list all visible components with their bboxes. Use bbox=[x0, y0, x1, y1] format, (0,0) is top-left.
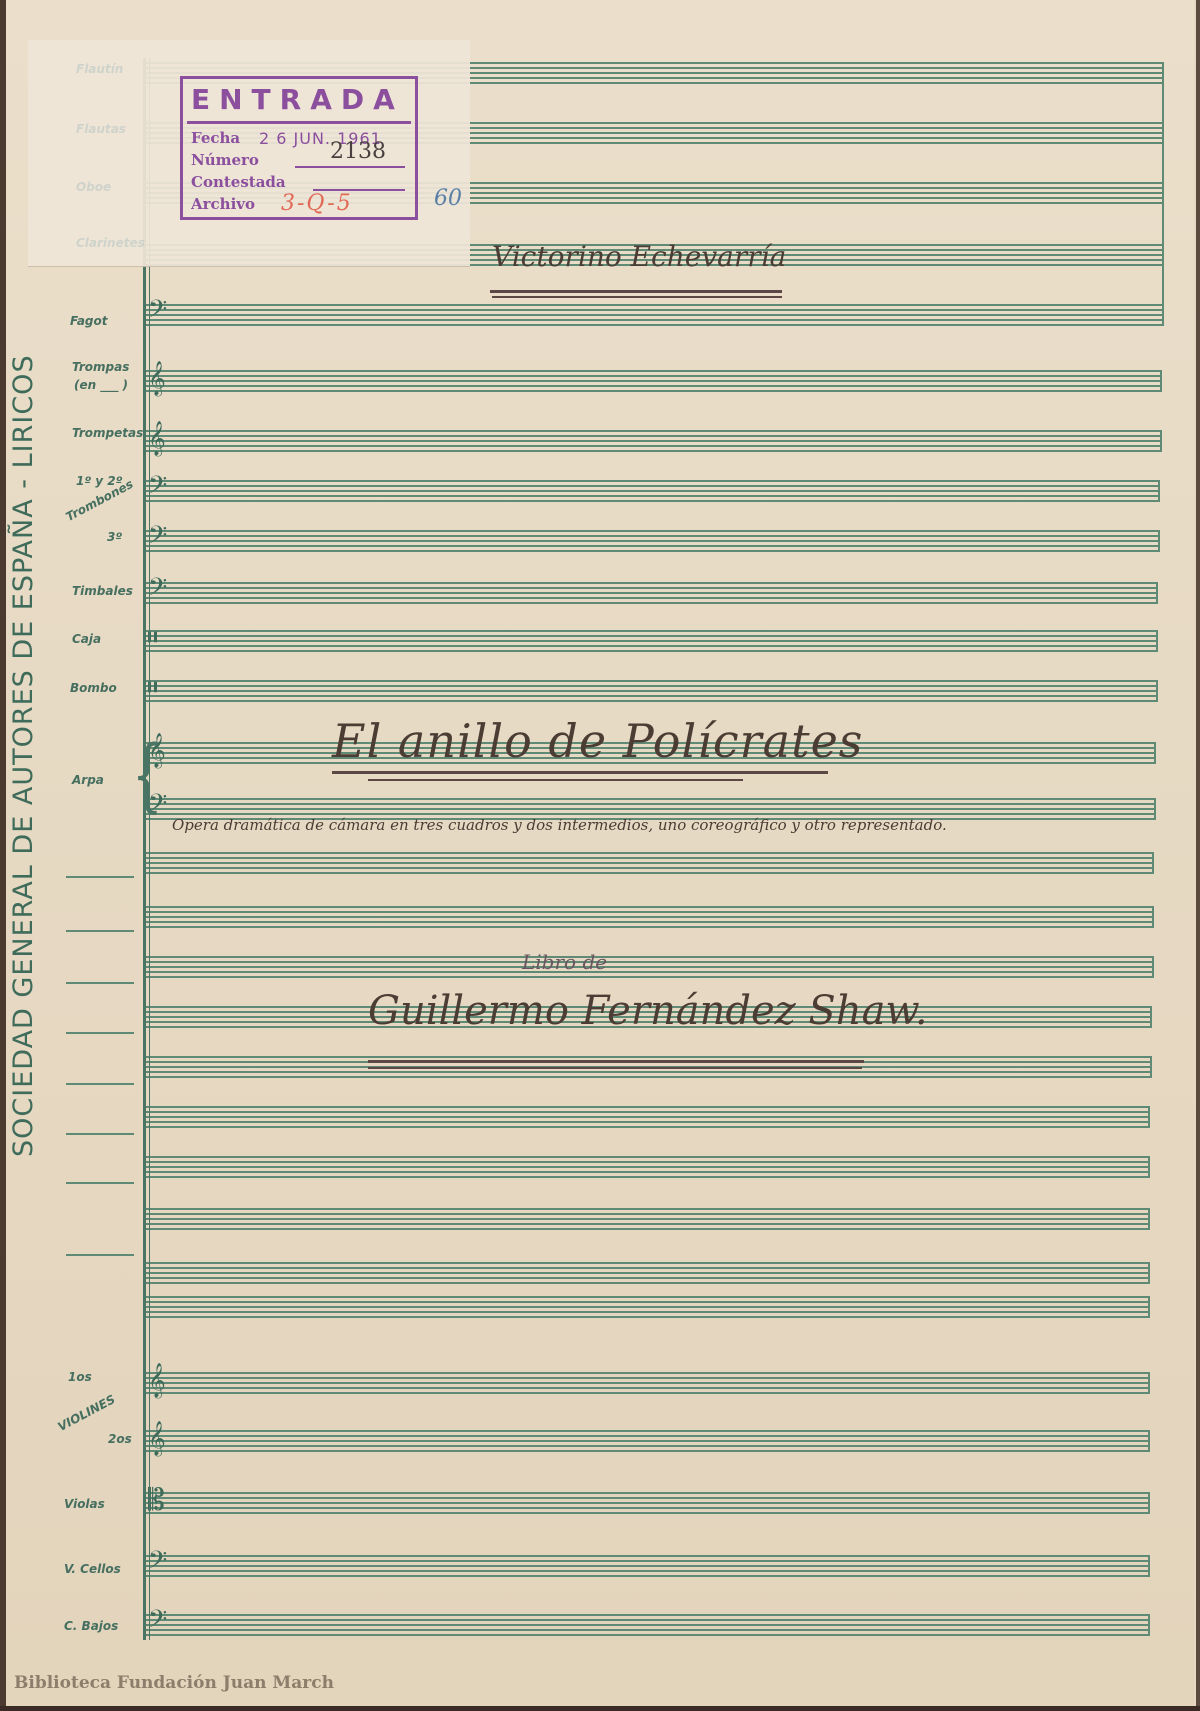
page-edge-left bbox=[0, 0, 6, 1711]
staff-line bbox=[146, 1560, 1150, 1562]
work-title: El anillo de Polícrates bbox=[332, 714, 863, 768]
staff-line bbox=[146, 1629, 1150, 1631]
staff-line bbox=[146, 956, 1154, 958]
instrument-label: Arpa bbox=[72, 773, 104, 787]
instrument-label: (en ___ ) bbox=[74, 378, 128, 392]
title-underline bbox=[332, 771, 828, 774]
staff-line bbox=[146, 314, 1164, 316]
staff-line bbox=[146, 1262, 1150, 1264]
staff-line bbox=[146, 1161, 1150, 1163]
staff-line bbox=[146, 966, 1154, 968]
staff-line bbox=[146, 324, 1164, 326]
staff-line bbox=[146, 640, 1158, 642]
staff-line bbox=[146, 1570, 1150, 1572]
staff-line bbox=[146, 390, 1162, 392]
librettist-underline bbox=[368, 1060, 864, 1063]
covered-label: Flautín bbox=[76, 62, 123, 76]
instrument-label: C. Bajos bbox=[64, 1619, 118, 1633]
clef-icon: 𝄢 bbox=[148, 1549, 167, 1579]
staff-line bbox=[146, 906, 1154, 908]
staff bbox=[146, 304, 1164, 326]
stamp-numero-value: 2138 bbox=[330, 139, 386, 164]
staff-line bbox=[146, 309, 1164, 311]
staff bbox=[146, 370, 1162, 392]
staff-line bbox=[146, 1106, 1150, 1108]
blank-instrument-line bbox=[66, 982, 134, 984]
title-underline bbox=[368, 779, 743, 781]
staff-line bbox=[146, 440, 1162, 442]
staff-line bbox=[146, 1430, 1150, 1432]
staff bbox=[146, 630, 1158, 652]
staff-line bbox=[146, 680, 1158, 682]
staff-line bbox=[146, 592, 1158, 594]
staff-line bbox=[146, 1316, 1150, 1318]
staff bbox=[146, 852, 1154, 874]
composer-underline bbox=[490, 290, 782, 293]
staff bbox=[146, 582, 1158, 604]
staff-end-barline bbox=[1156, 582, 1158, 604]
page-edge-bottom bbox=[0, 1706, 1200, 1711]
staff-line bbox=[146, 450, 1162, 452]
staff-end-barline bbox=[1158, 530, 1160, 552]
stamp-title: ENTRADA bbox=[191, 83, 404, 116]
clef-icon: 𝄞 bbox=[148, 1366, 166, 1396]
clef-icon: 𝄞 bbox=[148, 364, 166, 394]
staff-line bbox=[146, 916, 1154, 918]
staff-line bbox=[146, 370, 1162, 372]
staff bbox=[146, 430, 1162, 452]
staff-line bbox=[146, 1121, 1150, 1123]
staff-line bbox=[146, 540, 1160, 542]
stamp-contestada-label: Contestada bbox=[191, 173, 286, 191]
staff-line bbox=[146, 1311, 1150, 1313]
staff-line bbox=[146, 1282, 1150, 1284]
staff-line bbox=[146, 862, 1154, 864]
blank-instrument-line bbox=[66, 1182, 134, 1184]
composer-underline bbox=[492, 296, 782, 298]
staff-line bbox=[146, 635, 1158, 637]
staff bbox=[146, 1296, 1150, 1318]
staff-line bbox=[146, 1507, 1150, 1509]
staff-line bbox=[146, 1450, 1150, 1452]
staff-line bbox=[146, 380, 1162, 382]
blank-instrument-line bbox=[66, 876, 134, 878]
staff-line bbox=[146, 645, 1158, 647]
staff-line bbox=[146, 1296, 1150, 1298]
staff-line bbox=[146, 1171, 1150, 1173]
staff-line bbox=[146, 582, 1158, 584]
staff-line bbox=[146, 1056, 1152, 1058]
staff-line bbox=[146, 1223, 1150, 1225]
entrada-stamp: ENTRADA Fecha 2 6 JUN. 1961 Número 2138 … bbox=[180, 76, 418, 220]
staff-line bbox=[146, 1382, 1150, 1384]
covered-label: Clarinetes bbox=[76, 236, 145, 250]
staff-line bbox=[146, 1387, 1150, 1389]
staff-end-barline bbox=[1148, 1208, 1150, 1230]
staff-line bbox=[146, 1440, 1150, 1442]
staff-line bbox=[146, 1306, 1150, 1308]
staff-line bbox=[146, 1619, 1150, 1621]
staff-line bbox=[146, 630, 1158, 632]
staff-line bbox=[146, 1512, 1150, 1514]
staff-line bbox=[146, 1614, 1150, 1616]
staff-line bbox=[146, 587, 1158, 589]
staff-line bbox=[146, 921, 1154, 923]
clef-icon: 𝄢 bbox=[148, 576, 167, 606]
staff-line bbox=[146, 685, 1158, 687]
staff-line bbox=[146, 430, 1162, 432]
staff-line bbox=[146, 485, 1160, 487]
staff bbox=[146, 1262, 1150, 1284]
staff-line bbox=[146, 550, 1160, 552]
staff-line bbox=[146, 1555, 1150, 1557]
staff-line bbox=[146, 1176, 1150, 1178]
covered-label: Flautas bbox=[76, 122, 126, 136]
staff-end-barline bbox=[1152, 956, 1154, 978]
staff-line bbox=[146, 1076, 1152, 1078]
staff-line bbox=[146, 597, 1158, 599]
stamp-divider bbox=[187, 121, 411, 124]
clef-icon: 𝄢 bbox=[148, 524, 167, 554]
staff-end-barline bbox=[1154, 798, 1156, 820]
staff-line bbox=[146, 971, 1154, 973]
stamp-archivo-value: 3-Q-5 bbox=[281, 191, 353, 216]
system-barline-thin bbox=[149, 58, 150, 1640]
staff bbox=[146, 906, 1154, 928]
instrument-label: V. Cellos bbox=[64, 1562, 121, 1576]
staff-line bbox=[146, 1392, 1150, 1394]
librettist-name: Guillermo Fernández Shaw. bbox=[368, 988, 928, 1034]
instrument-label: Trompetas bbox=[72, 426, 143, 440]
staff bbox=[146, 680, 1158, 702]
staff-line bbox=[146, 1565, 1150, 1567]
staff-line bbox=[146, 375, 1162, 377]
stamp-line bbox=[295, 166, 405, 168]
clef-icon: 𝄢 bbox=[148, 1608, 167, 1638]
staff-end-barline bbox=[1160, 430, 1162, 452]
staff-line bbox=[146, 1445, 1150, 1447]
staff bbox=[146, 1492, 1150, 1514]
staff-line bbox=[146, 1166, 1150, 1168]
staff bbox=[146, 1614, 1150, 1636]
instrument-label: Trompas bbox=[72, 360, 129, 374]
clef-icon: 𝄢 bbox=[148, 474, 167, 504]
staff-line bbox=[146, 1116, 1150, 1118]
stamp-fecha-label: Fecha bbox=[191, 129, 240, 147]
clef-icon: 𝄞 bbox=[148, 424, 166, 454]
staff-end-barline bbox=[1148, 1296, 1150, 1318]
staff-line bbox=[146, 700, 1158, 702]
staff bbox=[146, 1208, 1150, 1230]
instrument-label: 3º bbox=[107, 530, 122, 544]
staff-line bbox=[146, 1272, 1150, 1274]
system-barline bbox=[143, 58, 146, 1640]
staff-line bbox=[146, 813, 1156, 815]
staff-line bbox=[146, 872, 1154, 874]
staff-line bbox=[146, 1277, 1150, 1279]
staff-line bbox=[146, 1492, 1150, 1494]
instrument-label: 2os bbox=[108, 1432, 132, 1446]
staff-line bbox=[146, 435, 1162, 437]
page-edge-right bbox=[1196, 0, 1200, 1711]
staff bbox=[146, 956, 1154, 978]
instrument-label: Caja bbox=[72, 632, 101, 646]
staff-end-barline bbox=[1148, 1555, 1150, 1577]
staff-end-barline bbox=[1158, 480, 1160, 502]
staff-end-barline bbox=[1152, 852, 1154, 874]
blank-instrument-line bbox=[66, 1032, 134, 1034]
staff-end-barline bbox=[1148, 1492, 1150, 1514]
staff-line bbox=[146, 1111, 1150, 1113]
staff-line bbox=[146, 1377, 1150, 1379]
blank-instrument-line bbox=[66, 1083, 134, 1085]
staff-line bbox=[146, 304, 1164, 306]
staff-line bbox=[146, 976, 1154, 978]
staff-line bbox=[146, 445, 1162, 447]
staff-line bbox=[146, 911, 1154, 913]
staff-end-barline bbox=[1154, 742, 1156, 764]
staff bbox=[146, 1106, 1150, 1128]
staff-end-barline bbox=[1148, 1430, 1150, 1452]
staff-line bbox=[146, 798, 1156, 800]
instrument-label: Bombo bbox=[70, 681, 117, 695]
staff-line bbox=[146, 808, 1156, 810]
staff-end-barline bbox=[1152, 906, 1154, 928]
staff-line bbox=[146, 650, 1158, 652]
staff-line bbox=[146, 545, 1160, 547]
staff bbox=[146, 1555, 1150, 1577]
staff-line bbox=[146, 1267, 1150, 1269]
stamp-numero-label: Número bbox=[191, 151, 259, 169]
staff-end-barline bbox=[1150, 1056, 1152, 1078]
covered-label: Oboe bbox=[76, 180, 111, 194]
staff-line bbox=[146, 490, 1160, 492]
staff bbox=[146, 530, 1160, 552]
staff-line bbox=[146, 1372, 1150, 1374]
clef-icon: 𝄢 bbox=[148, 298, 167, 328]
pencil-note: 60 bbox=[434, 186, 462, 211]
instrument-label: Timbales bbox=[72, 584, 133, 598]
staff-line bbox=[146, 1208, 1150, 1210]
libretto-label: Libro de bbox=[522, 950, 607, 974]
clef-icon: 𝄞 bbox=[148, 1424, 166, 1454]
staff-line bbox=[146, 530, 1160, 532]
staff-line bbox=[146, 1228, 1150, 1230]
staff-end-barline bbox=[1156, 680, 1158, 702]
staff bbox=[146, 480, 1160, 502]
staff-line bbox=[146, 495, 1160, 497]
staff-line bbox=[146, 319, 1164, 321]
staff-line bbox=[146, 1624, 1150, 1626]
staff-line bbox=[146, 1575, 1150, 1577]
staff-line bbox=[146, 1071, 1152, 1073]
staff-line bbox=[146, 535, 1160, 537]
staff-line bbox=[146, 480, 1160, 482]
staff-end-barline bbox=[1148, 1262, 1150, 1284]
staff-line bbox=[146, 1497, 1150, 1499]
staff-line bbox=[146, 1156, 1150, 1158]
staff-end-barline bbox=[1148, 1156, 1150, 1178]
staff-line bbox=[146, 852, 1154, 854]
instrument-label: 1os bbox=[68, 1370, 92, 1384]
staff-line bbox=[146, 803, 1156, 805]
staff-line bbox=[146, 1301, 1150, 1303]
librettist-underline bbox=[368, 1067, 862, 1069]
staff bbox=[146, 1372, 1150, 1394]
staff-end-barline bbox=[1156, 630, 1158, 652]
staff-line bbox=[146, 1218, 1150, 1220]
library-watermark: Biblioteca Fundación Juan March bbox=[14, 1673, 334, 1693]
stamp-archivo-label: Archivo bbox=[191, 195, 255, 213]
composer-name: Victorino Echevarría bbox=[492, 240, 786, 273]
staff-line bbox=[146, 1435, 1150, 1437]
instrument-label: Violas bbox=[64, 1497, 105, 1511]
clef-icon: 𝄡 bbox=[148, 1486, 165, 1516]
staff-line bbox=[146, 961, 1154, 963]
staff-end-barline bbox=[1150, 1006, 1152, 1028]
staff-line bbox=[146, 690, 1158, 692]
staff-line bbox=[146, 1213, 1150, 1215]
staff-line bbox=[146, 602, 1158, 604]
harp-brace-icon: { bbox=[132, 735, 163, 815]
staff-end-barline bbox=[1148, 1106, 1150, 1128]
instrument-label: Fagot bbox=[70, 314, 108, 328]
staff bbox=[146, 1430, 1150, 1452]
blank-instrument-line bbox=[66, 1133, 134, 1135]
staff bbox=[146, 1156, 1150, 1178]
blank-instrument-line bbox=[66, 930, 134, 932]
staff-line bbox=[146, 695, 1158, 697]
side-stamp-text: SOCIEDAD GENERAL DE AUTORES DE ESPAÑA - … bbox=[8, 397, 42, 1157]
staff-line bbox=[146, 867, 1154, 869]
staff-line bbox=[146, 1126, 1150, 1128]
staff-line bbox=[146, 500, 1160, 502]
staff-line bbox=[146, 1502, 1150, 1504]
staff-line bbox=[146, 1634, 1150, 1636]
staff-end-barline bbox=[1148, 1372, 1150, 1394]
staff-line bbox=[146, 857, 1154, 859]
work-subtitle: Opera dramática de cámara en tres cuadro… bbox=[172, 816, 947, 834]
staff-line bbox=[146, 385, 1162, 387]
blank-instrument-line bbox=[66, 1254, 134, 1256]
staff-end-barline bbox=[1148, 1614, 1150, 1636]
staff-group-bracket bbox=[1162, 62, 1164, 324]
staff-line bbox=[146, 926, 1154, 928]
staff-end-barline bbox=[1160, 370, 1162, 392]
